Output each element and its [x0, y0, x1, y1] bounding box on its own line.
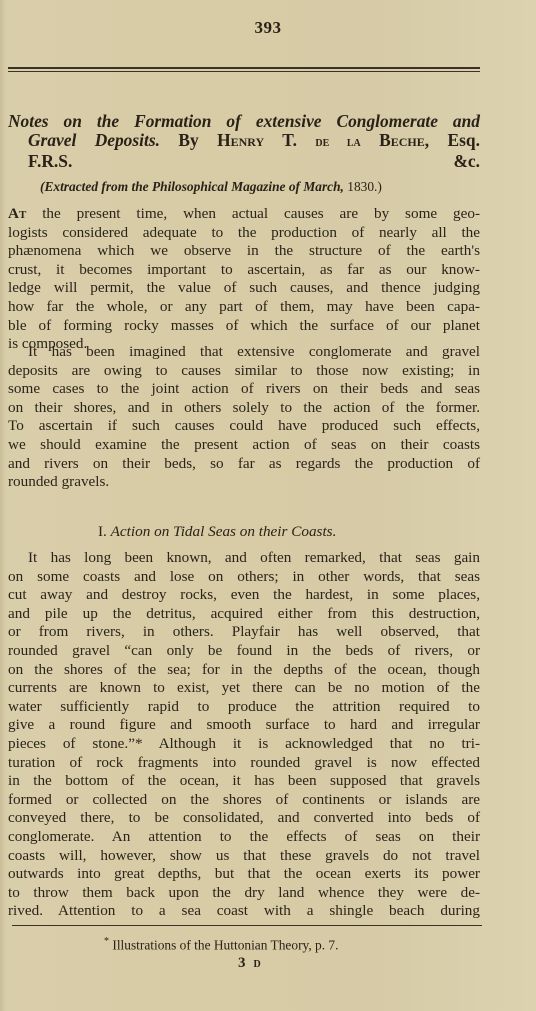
paragraph-line: phænomena which we observe in the struct… — [8, 242, 480, 261]
paragraph-2: It has been imagined that extensive cong… — [8, 343, 480, 492]
paragraph-line: conveyed there, to be consolidated, and … — [8, 809, 480, 828]
title-italic-2: Gravel Deposits. — [28, 130, 160, 150]
paragraph-line: It has long been known, and often remark… — [8, 549, 480, 568]
paragraph-line: turation of rock fragments into rounded … — [8, 754, 480, 773]
paragraph-3: It has long been known, and often remark… — [8, 549, 480, 921]
title-italic-1: Notes on the Formation of extensive Cong… — [8, 111, 480, 131]
opening-small-caps: At — [8, 205, 26, 222]
section-title: Action on Tidal Seas on their Coasts. — [111, 523, 337, 540]
signature-number: 3 — [238, 955, 246, 971]
author-last-name: Beche, — [379, 130, 429, 150]
footnote-text: Illustrations of the Huttonian Theory, p… — [112, 937, 338, 952]
footnote-rule — [12, 925, 482, 926]
paragraph-line: At the present time, when actual causes … — [8, 205, 480, 224]
paragraph-line: It has been imagined that extensive cong… — [8, 343, 480, 362]
paragraph-line: on their shores, and in others solely to… — [8, 399, 480, 418]
paragraph-line: rounded gravel “can only be found in the… — [8, 642, 480, 661]
paragraph-line: crust, it becomes important to ascertain… — [8, 261, 480, 280]
paragraph-line: some cases to the joint action of rivers… — [8, 380, 480, 399]
paragraph-line: currents are known to exist, yet there c… — [8, 679, 480, 698]
section-heading: I. Action on Tidal Seas on their Coasts. — [0, 523, 536, 541]
paragraph-line: ble of forming rocky masses of which the… — [8, 317, 480, 336]
paragraph-line: on some coasts and lose on others; in ot… — [8, 568, 480, 587]
signature-letter: D — [246, 959, 261, 970]
source-note: (Extracted from the Philosophical Magazi… — [0, 179, 536, 195]
footnote-marker: * — [104, 936, 109, 947]
book-page: 393 Notes on the Formation of extensive … — [0, 0, 536, 1011]
paragraph-line: in the bottom of the ocean, it has been … — [8, 772, 480, 791]
footnote: * Illustrations of the Huttonian Theory,… — [0, 936, 536, 953]
article-title: Notes on the Formation of extensive Cong… — [8, 112, 480, 171]
source-italic: (Extracted from the Philosophical Magazi… — [40, 179, 344, 194]
title-by: By — [178, 130, 198, 150]
paragraph-line: and rivers on their beds, so far as rega… — [8, 455, 480, 474]
paragraph-line: To ascertain if such causes could have p… — [8, 417, 480, 436]
source-year: 1830.) — [347, 179, 382, 194]
author-suffix: Esq. — [448, 130, 480, 150]
paragraph-line: rounded gravels. — [8, 473, 480, 492]
paragraph-line: give a round figure and smooth surface t… — [8, 716, 480, 735]
paragraph-line: deposits are owing to causes similar to … — [8, 362, 480, 381]
page-gutter-shadow — [0, 0, 6, 1011]
header-double-rule — [8, 67, 480, 72]
paragraph-line: to throw them back upon the dry land whe… — [8, 884, 480, 903]
page-number: 393 — [0, 18, 536, 38]
author-credentials: F.R.S. &c. — [28, 151, 480, 171]
printer-signature-mark: 3D — [0, 955, 536, 972]
paragraph-line: coasts will, however, show us that these… — [8, 847, 480, 866]
paragraph-line: formed or collected on the shores of con… — [8, 791, 480, 810]
title-line-2: Gravel Deposits. By Henry T. de la Beche… — [8, 131, 480, 152]
paragraph-line: how far the whole, or any part of them, … — [8, 298, 480, 317]
title-line-3: F.R.S. &c. — [8, 152, 480, 171]
paragraph-line: logists considered adequate to the produ… — [8, 224, 480, 243]
author-particle: de la — [315, 135, 360, 150]
paragraph-line: on the shores of the sea; for in the dep… — [8, 661, 480, 680]
paragraph-line: and pile up the detritus, acquired eithe… — [8, 605, 480, 624]
author-first-name: Henry T. — [217, 130, 297, 150]
paragraph-line: we should examine the present action of … — [8, 436, 480, 455]
paragraph-line: outwards into great depths, but that the… — [8, 865, 480, 884]
paragraph-line: water sufficiently rapid to produce the … — [8, 698, 480, 717]
paragraph-line: rived. Attention to a sea coast with a s… — [8, 902, 480, 921]
paragraph-line: conglomerate. An attention to the effect… — [8, 828, 480, 847]
paragraph-line: or from rivers, in others. Playfair has … — [8, 623, 480, 642]
section-numeral: I. — [98, 523, 107, 540]
paragraph-line: pieces of stone.”* Although it is acknow… — [8, 735, 480, 754]
paragraph-line: ledge will permit, the value of such cau… — [8, 279, 480, 298]
paragraph-line: cut away and destroy rocks, even the har… — [8, 586, 480, 605]
title-line-1: Notes on the Formation of extensive Cong… — [8, 112, 480, 131]
paragraph-1: At the present time, when actual causes … — [8, 205, 480, 354]
